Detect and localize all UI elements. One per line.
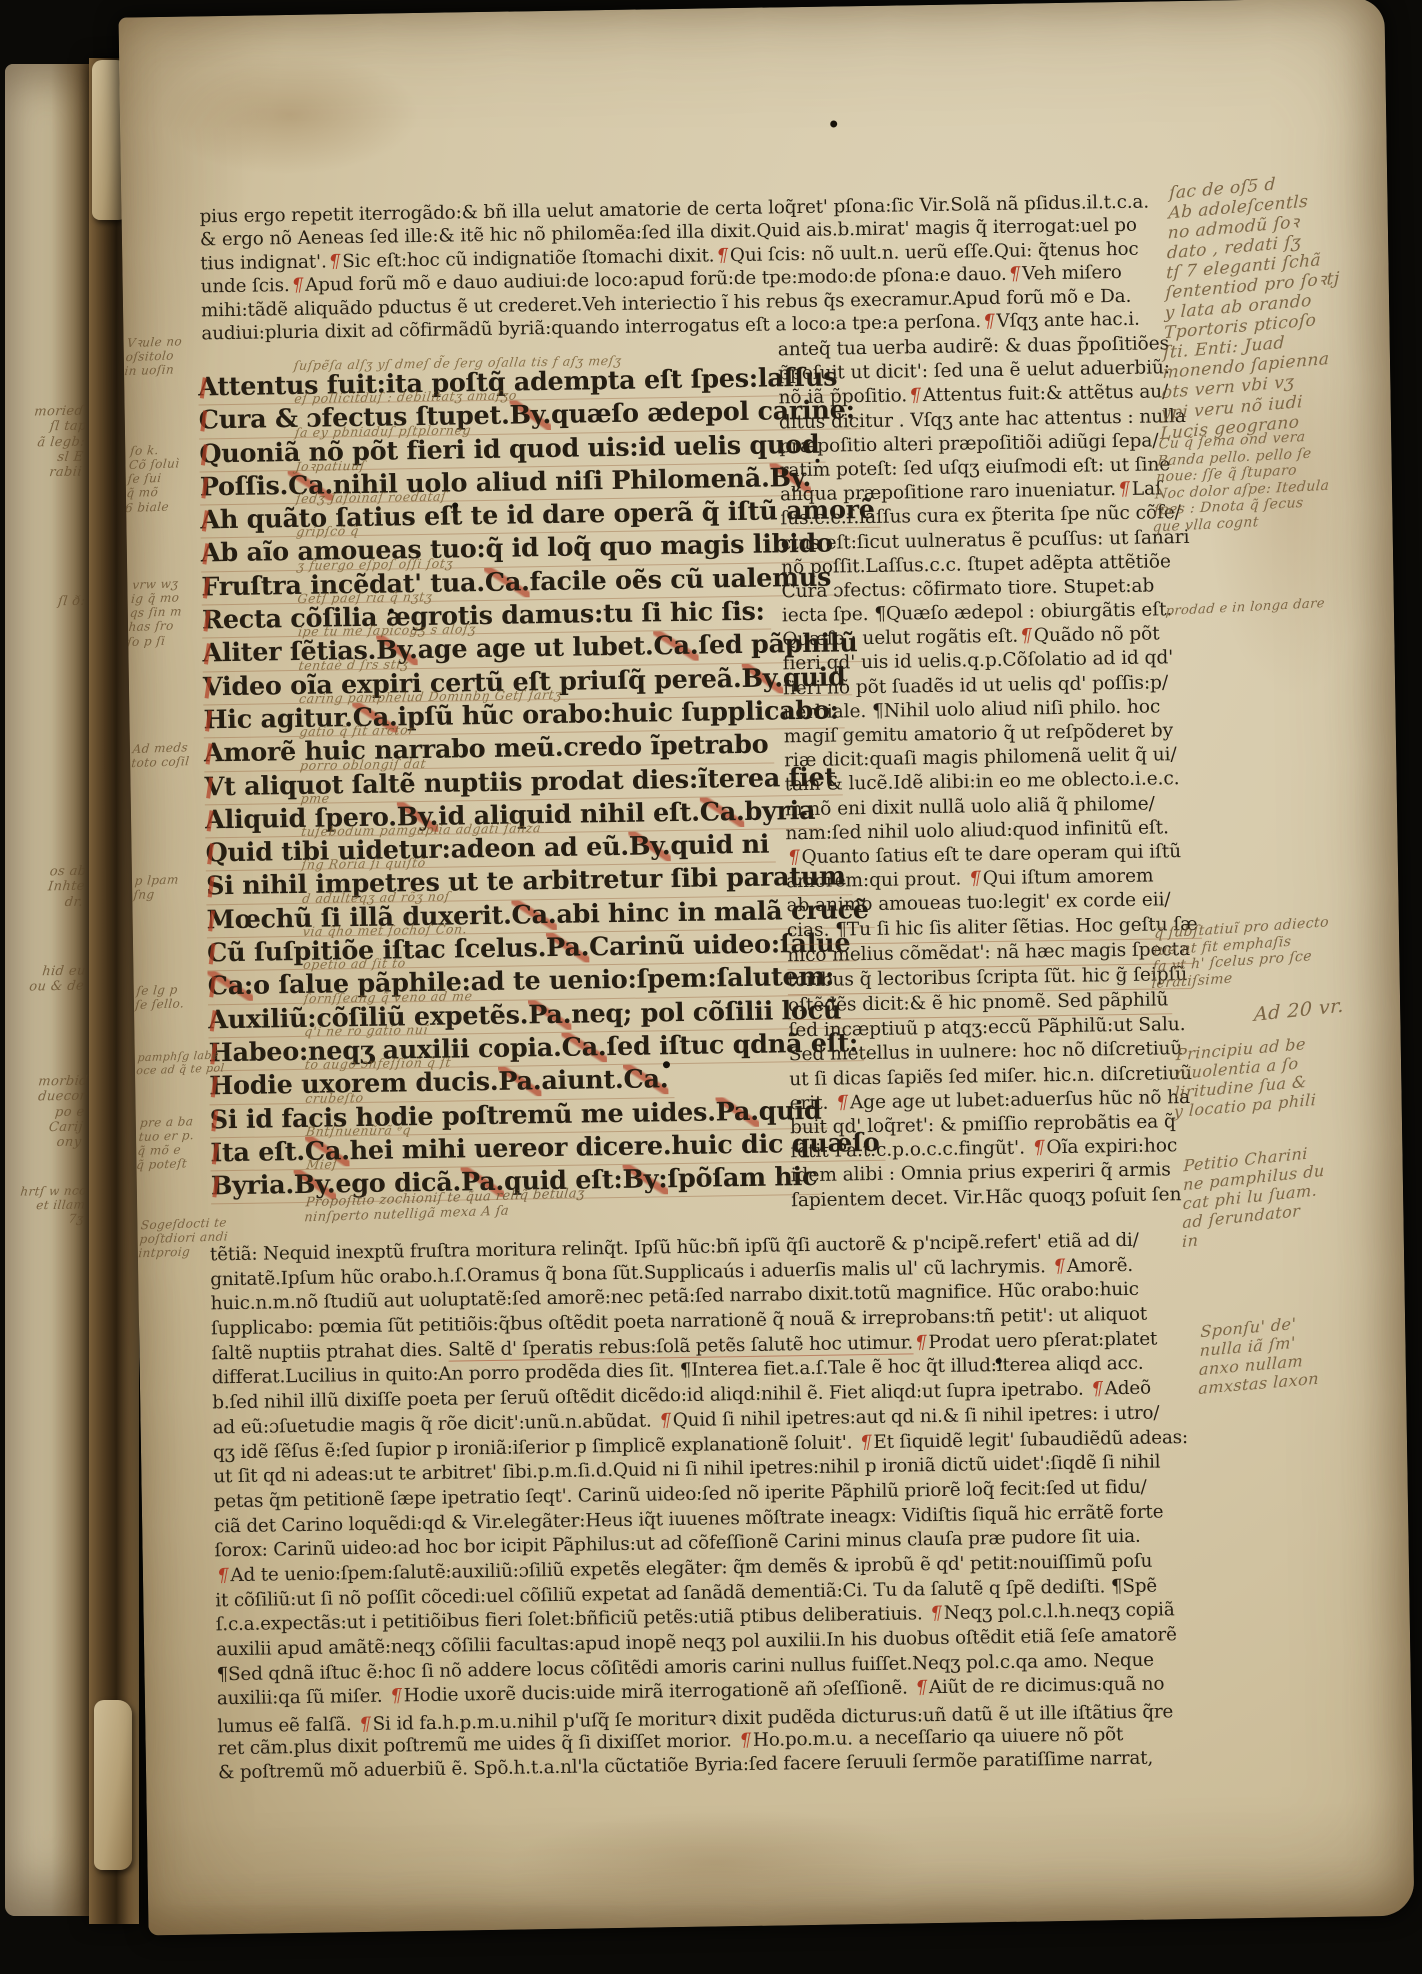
ink-spots: [118, 0, 1384, 18]
facing-page-note: hrtſ w ncoet illam7ʒ: [16, 1183, 87, 1227]
page: pius ergo repetit iterrogãdo:& bñ illa u…: [118, 0, 1414, 1935]
facing-page-note: hid euou & de: [28, 964, 86, 996]
margin-note-left: vrw wʒig q̃ moqs ſin mhas ſroſo p ſi: [127, 576, 185, 649]
margin-note-right: q̃ ſubſtatiuĩ pro adiectoiue nt fit emph…: [1151, 914, 1329, 992]
stain: [507, 1805, 929, 1922]
interlinear-gloss: Mieſ: [306, 1156, 339, 1172]
ink-spot: [663, 1061, 670, 1068]
interlinear-gloss: tentaè d ſrѕ ѕtiʒ: [298, 656, 410, 673]
ink-spot: [389, 608, 394, 613]
intro-commentary-block: pius ergo repetit iterrogãdo:& bñ illa u…: [199, 192, 1151, 347]
facing-page-edge: morieɗ.ſl tapã legb:sl Erabiiſl ð:os abI…: [5, 64, 89, 1916]
ink-spot: [996, 1358, 1002, 1364]
photograph-of-incunable-page: { "document": { "description": "Incunabl…: [0, 0, 1422, 1974]
margin-note-left: ſe lg pſe ſello.: [135, 982, 187, 1012]
margin-note-left: p lpamſng: [133, 872, 180, 902]
ink-spot: [830, 120, 837, 127]
margin-note-right: prodad e in longa dare: [1165, 596, 1325, 619]
interlinear-gloss: ſornſſeang q̃ veno ad me: [303, 988, 474, 1006]
interlinear-gloss: via q̃ho met ſochoſ Con.: [302, 921, 468, 939]
margin-note-left: pamphſg labẽoce ad q̃ te pol: [136, 1049, 227, 1078]
interlinear-gloss: ſa ey pbniaduſ pſtplorneg: [294, 422, 472, 440]
interlinear-gloss: gatio q̃ fit arctor: [299, 722, 416, 739]
ink-spot: [815, 459, 819, 463]
margin-note-left: Vꝛule nooſsitoloin uoſin: [124, 334, 183, 378]
facing-page-note: morbidduecorpo eCarijony: [31, 1074, 89, 1151]
margin-note-right: Principiu ad beniuolentia a ſoliritudine…: [1174, 1034, 1319, 1121]
margin-note-right: Petitio Charinine pamphilus ducat phi lu…: [1182, 1143, 1325, 1252]
facing-page-note: ſl ð:: [57, 594, 86, 610]
margin-note-right: Sponſu' de'nulla iã ſm'anxo nullamamxsta…: [1198, 1313, 1321, 1399]
interlinear-gloss: pme: [300, 790, 331, 805]
ink-spot: [452, 502, 458, 508]
interlinear-gloss: Bntſnuenũrã ᵉq: [305, 1122, 412, 1139]
interlinear-gloss: d adulteqʒ ad rõʒ noſ: [301, 888, 451, 905]
interlinear-gloss: Getſ paeſ ria q̃ nʒtʒ: [297, 589, 434, 606]
interlinear-gloss: gripſcõ q̃: [296, 523, 360, 539]
interlinear-gloss: ſedʒ Jaſoinaſ roedataſ: [295, 489, 447, 506]
interlinear-gloss: q'i ne ro gatio nuĩ: [303, 1022, 429, 1039]
margin-note-right: Cu q̃ ſema ond veraBanda pello. pello ſe…: [1152, 428, 1333, 536]
facing-page-note: morieɗ.ſl tapã legb:sl Erabii: [27, 404, 89, 482]
right-marginalia: ſac dе oſ5 dAb adoleſcentlsno admodũ ſoꝛ…: [118, 0, 1384, 18]
interlinear-gloss: ſng Roria ſi quiſtõ: [301, 855, 427, 872]
left-marginalia: Vꝛule nooſsitoloin uoſinſo k.Cõ ſoluìſe …: [118, 0, 1384, 18]
binding-tab-bottom: [94, 1700, 132, 1870]
interlinear-gloss: to augo ɔnfeſſioñ q̃ ſt: [304, 1055, 452, 1072]
margin-note-right: ſac dе oſ5 dAb adoleſcentlsno admodũ ſoꝛ…: [1160, 169, 1344, 444]
commentary-line: ſapientem decet. Vir.Hãc quoqʒ poſuit ſe…: [791, 1183, 1195, 1214]
bottom-commentary-block: tẽtiã: Nequid inexptũ fruſtra moritura r…: [210, 1229, 1193, 1787]
margin-note-right: Ad 20 vr.: [1254, 995, 1344, 1027]
commentary-column: anteq̃ tua uerba audirẽ: & duas p̃poſiti…: [778, 333, 1196, 1214]
margin-note-left: ſo k.Cõ ſoluìſe ſuiq̃ mõ6 biale: [125, 442, 182, 515]
interlinear-gloss: porro oblongiſ dat: [299, 755, 427, 772]
interlinear-gloss: crubeſto: [305, 1089, 365, 1105]
interlinear-gloss: Joꝛpatiuuſ: [294, 457, 366, 475]
margin-note-left: Sogeſdocti tepoſtdiori andiintproig: [138, 1215, 230, 1260]
interlinear-gloss: opetio ad ſit to: [302, 956, 407, 973]
margin-note-left: pre a batuo er p.q̃ mõ eq̃ poteſt: [136, 1114, 197, 1173]
stain: [159, 53, 421, 177]
facing-page-note: os abInhtedr.: [46, 864, 88, 911]
margin-note-left: Ad medstoto coſil: [131, 740, 192, 770]
interlinear-gloss: ʒ fuergo eſpoſ oſſi ſotʒ: [296, 555, 454, 572]
